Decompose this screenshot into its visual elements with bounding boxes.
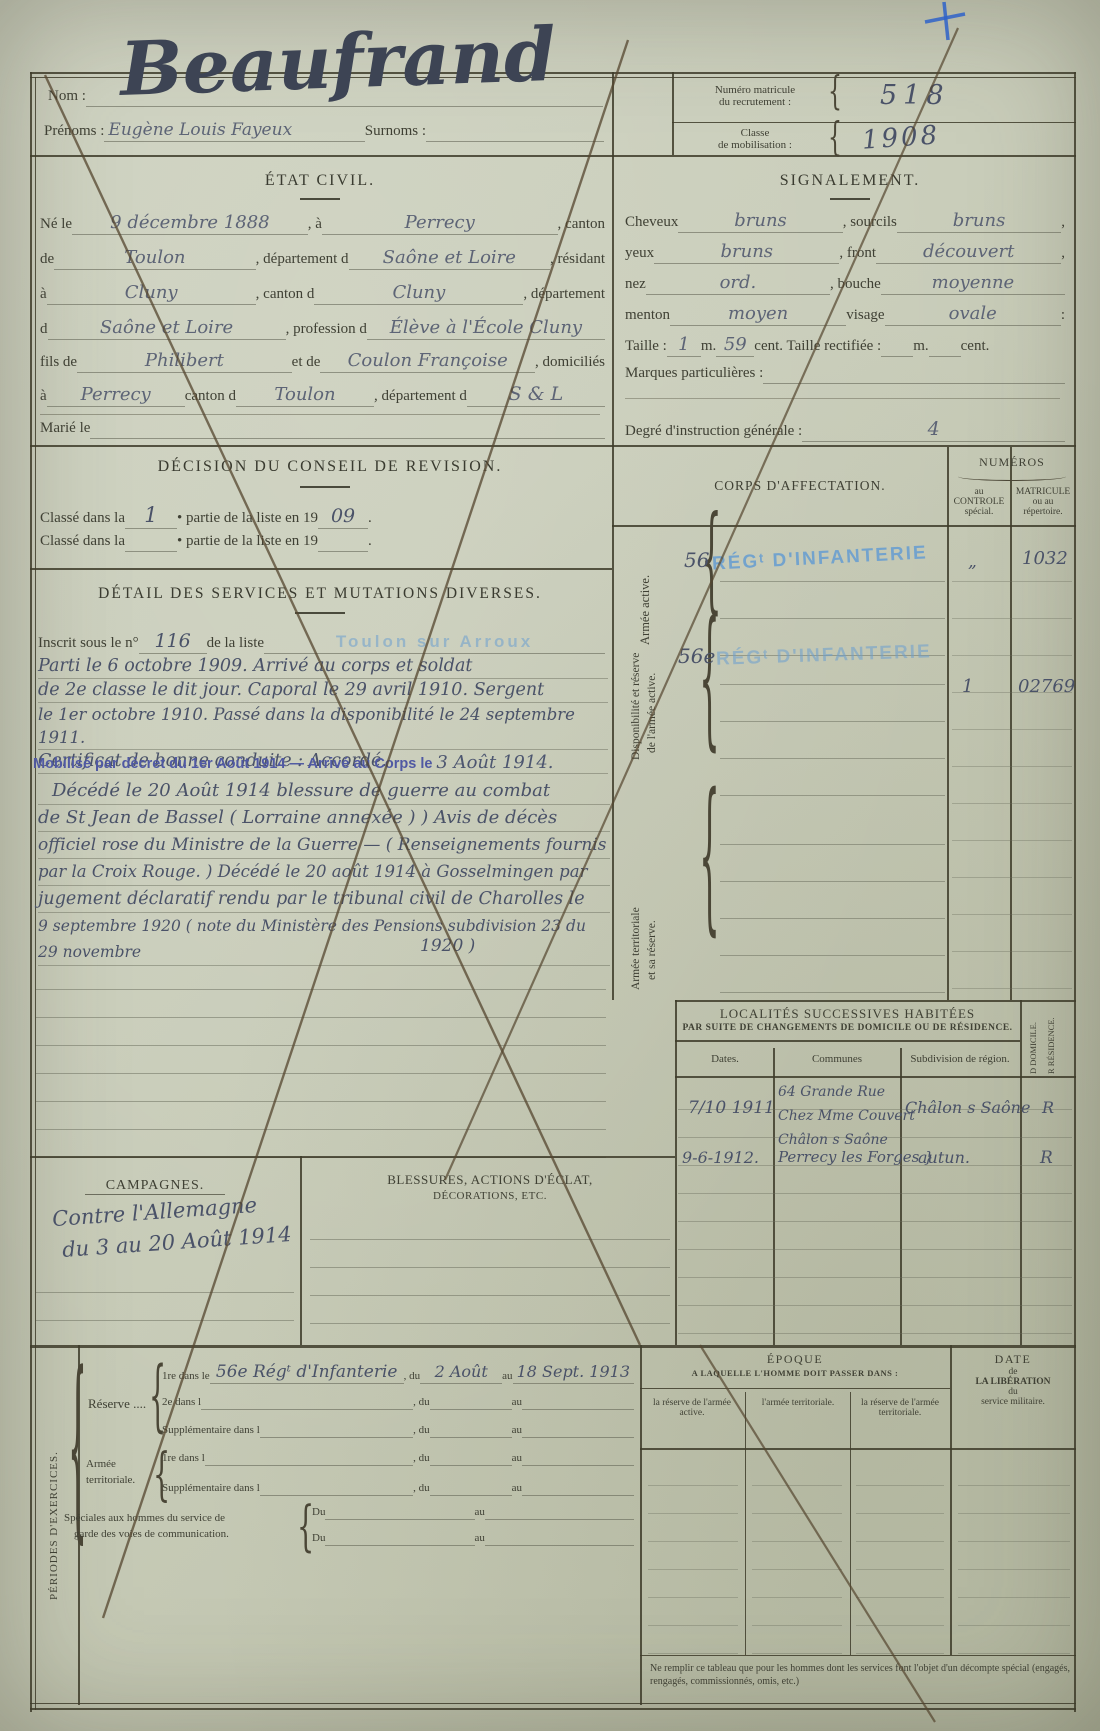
r2-au: au bbox=[512, 1396, 522, 1410]
date-liberation-header: DATE de LA LIBÉRATION du service militai… bbox=[953, 1352, 1073, 1407]
taille-m-line: 1 bbox=[667, 334, 701, 357]
t1-from-line bbox=[430, 1464, 512, 1466]
row1-commune-line1: 64 Grande Rue bbox=[778, 1080, 915, 1104]
yeux-value: bruns bbox=[720, 241, 773, 262]
matricule-col-header: MATRICULE ou au répertoire. bbox=[1012, 487, 1074, 517]
frame-left-rule bbox=[30, 72, 32, 1712]
epoque-note: Ne remplir ce tableau que pour les homme… bbox=[650, 1662, 1070, 1688]
matricule-label-2: du recrutement : bbox=[690, 96, 820, 108]
localites-col-residence: R RÉSIDENCE. bbox=[1046, 1002, 1056, 1074]
departement2-value: Saône et Loire bbox=[100, 317, 233, 338]
classe2-part-line bbox=[125, 550, 177, 552]
t2-to-line bbox=[522, 1494, 634, 1496]
localites-title-bottom-rule bbox=[675, 1040, 1020, 1042]
services-line-1: Parti le 6 octobre 1909. Arrivé au corps… bbox=[38, 655, 608, 679]
dot2: . bbox=[368, 533, 372, 552]
nez-value: ord. bbox=[720, 272, 757, 293]
localites-left-rule bbox=[675, 1000, 677, 1345]
epoque-col-2: l'armée territoriale. bbox=[748, 1398, 848, 1408]
menton-value: moyen bbox=[728, 303, 788, 324]
bouche-value: moyenne bbox=[932, 272, 1015, 293]
classe-label: Classe de mobilisation : bbox=[690, 127, 820, 151]
canton2-label: , canton d bbox=[256, 286, 315, 305]
territoriale-brace: { bbox=[699, 764, 720, 953]
departement3-label: , département d bbox=[374, 388, 467, 407]
r3-du: , du bbox=[413, 1424, 430, 1438]
canton-line: Toulon bbox=[54, 247, 255, 270]
parents-commune-line: Perrecy bbox=[47, 384, 185, 407]
marques-line bbox=[763, 382, 1065, 384]
deces-line-5: jugement déclaratif rendu par le tribuna… bbox=[38, 886, 610, 913]
m-label: m. bbox=[701, 338, 716, 357]
t1-corps-line bbox=[205, 1464, 413, 1466]
departement-label: , département d bbox=[256, 251, 349, 270]
sourcils-line: bruns bbox=[897, 210, 1061, 233]
localites-row1-date: 7/10 1911 bbox=[688, 1098, 775, 1118]
localites-row2-commune: Perrecy les Forges } bbox=[778, 1148, 934, 1166]
date-header-4: du bbox=[953, 1387, 1073, 1397]
menton-line: moyen bbox=[670, 303, 846, 326]
corps-col-controle-line bbox=[947, 447, 949, 1000]
surname-script: Beaufrand bbox=[119, 9, 642, 113]
localites-row2-subdivision: autun. bbox=[918, 1148, 970, 1167]
blank-line-sig bbox=[625, 398, 1060, 399]
s1-du: Du bbox=[312, 1506, 325, 1520]
localites-title-1: LOCALITÉS SUCCESSIVES HABITÉES bbox=[680, 1006, 1015, 1022]
bouche-line: moyenne bbox=[881, 272, 1065, 295]
canton3-value: Toulon bbox=[274, 384, 335, 405]
marie-le-label: Marié le bbox=[40, 420, 90, 439]
s2-from-line bbox=[325, 1544, 474, 1546]
classe-brace: { bbox=[828, 116, 842, 161]
r3-au: au bbox=[512, 1424, 522, 1438]
t2-corps-line bbox=[260, 1494, 413, 1496]
t1-to-line bbox=[522, 1464, 634, 1466]
signalement-dash bbox=[830, 198, 870, 200]
section-rule-etat-civil bbox=[30, 155, 1076, 157]
classe1-label: Classé dans la bbox=[40, 510, 125, 529]
inscrit-num-value: 116 bbox=[154, 630, 190, 652]
residence-line: Cluny bbox=[47, 282, 256, 305]
epoque-col-1: la réserve de l'armée active. bbox=[642, 1398, 742, 1418]
localites-row2-dr: R bbox=[1040, 1148, 1053, 1168]
main-column-divider bbox=[612, 72, 614, 1000]
s1-to-line bbox=[485, 1518, 634, 1520]
epoque-header-1: ÉPOQUE bbox=[645, 1352, 945, 1367]
classe2-label: Classé dans la bbox=[40, 533, 125, 552]
numeros-ruled bbox=[952, 545, 1072, 995]
taille-rect-cm-line bbox=[929, 355, 961, 357]
surnoms-line bbox=[426, 140, 604, 142]
taille-cm-value: 59 bbox=[724, 334, 747, 355]
dispo-label-2: de l'armée active. bbox=[646, 598, 658, 753]
active-regiment-number-hw: 56 bbox=[684, 548, 709, 572]
numeros-header: NUMÉROS bbox=[950, 455, 1074, 470]
localites-header-bottom-rule bbox=[675, 1076, 1076, 1078]
localites-title-2: PAR SUITE DE CHANGEMENTS DE DOMICILE OU … bbox=[680, 1023, 1015, 1033]
t2-au: au bbox=[512, 1482, 522, 1496]
epoque-header-2: A LAQUELLE L'HOMME DOIT PASSER DANS : bbox=[645, 1368, 945, 1378]
speciales-label-1: Spéciales aux hommes du service de bbox=[64, 1512, 225, 1524]
profession-label: , profession d bbox=[286, 321, 367, 340]
taille-cm-line: 59 bbox=[716, 334, 754, 357]
departement2-line: Saône et Loire bbox=[48, 317, 286, 340]
degre-label: Degré d'instruction générale : bbox=[625, 423, 802, 442]
a-label: , à bbox=[308, 216, 322, 235]
birthdate-value: 9 décembre 1888 bbox=[110, 212, 269, 233]
classe1-part-value: 1 bbox=[144, 503, 157, 527]
localites-row1-commune: 64 Grande Rue Chez Mme Couvert Châlon s … bbox=[778, 1080, 915, 1152]
parents-commune-value: Perrecy bbox=[81, 384, 151, 405]
a2-label: à bbox=[40, 286, 47, 305]
comma1: , bbox=[1061, 214, 1065, 233]
front-value: découvert bbox=[923, 241, 1014, 262]
epoque-col-3: la réserve de l'armée territoriale. bbox=[852, 1398, 948, 1418]
campagnes-ruled bbox=[36, 1265, 294, 1345]
mobilise-stamp-line: Mobilisé par décret du 1er Août 1914 — A… bbox=[33, 752, 608, 773]
r2-label: 2e dans l bbox=[162, 1396, 201, 1410]
classe2-liste-label: • partie de la liste en 19 bbox=[177, 533, 318, 552]
prenoms-line: Eugène Louis Fayeux bbox=[104, 120, 364, 142]
t1-du: , du bbox=[413, 1452, 430, 1466]
marie-line bbox=[90, 437, 605, 439]
localites-row2-date: 9-6-1912. bbox=[682, 1148, 759, 1167]
section-rule-services bbox=[30, 568, 612, 570]
classe2-year-line bbox=[318, 550, 368, 552]
corps-header-bottom-rule bbox=[612, 525, 1076, 527]
de-label: de bbox=[40, 251, 54, 270]
row1-commune-line2: Chez Mme Couvert bbox=[778, 1104, 915, 1128]
epoque-subheader-rule bbox=[640, 1448, 1076, 1450]
s2-du: Du bbox=[312, 1532, 325, 1546]
classe1-year-line: 09 bbox=[318, 505, 368, 529]
birthplace-line: Perrecy bbox=[322, 212, 558, 235]
r2-from-line bbox=[430, 1408, 512, 1410]
canton3-line: Toulon bbox=[236, 384, 374, 407]
r2-corps-line bbox=[201, 1408, 413, 1410]
matricule-label: Numéro matricule du recrutement : bbox=[690, 84, 820, 108]
birthplace-value: Perrecy bbox=[405, 212, 475, 233]
domicilies-label: , domiciliés bbox=[535, 354, 605, 373]
et-de-label: et de bbox=[292, 354, 321, 373]
signalement-title: SIGNALEMENT. bbox=[740, 172, 960, 190]
etat-civil-title: ÉTAT CIVIL. bbox=[200, 172, 440, 190]
classe1-year-value: 09 bbox=[331, 505, 355, 527]
residence-value: Cluny bbox=[125, 282, 178, 303]
campagnes-top-rule bbox=[30, 1156, 675, 1158]
liste-line: Toulon sur Arroux bbox=[264, 632, 605, 654]
classe-label-1: Classe bbox=[690, 127, 820, 139]
epoque-col3-ruled bbox=[856, 1458, 944, 1654]
sourcils-value: bruns bbox=[953, 210, 1006, 231]
liste-label: de la liste bbox=[207, 635, 264, 654]
r2-du: , du bbox=[413, 1396, 430, 1410]
date-header-2: de bbox=[953, 1367, 1073, 1377]
matricule-brace: { bbox=[828, 70, 842, 115]
r1-from-line: 2 Août bbox=[420, 1362, 502, 1384]
prenoms-value: Eugène Louis Fayeux bbox=[108, 120, 292, 140]
localites-col-communes: Communes bbox=[776, 1053, 898, 1065]
departement-line: Saône et Loire bbox=[349, 247, 550, 270]
yeux-line: bruns bbox=[654, 241, 839, 264]
father-value: Philibert bbox=[145, 350, 224, 371]
visage-line: ovale bbox=[885, 303, 1061, 326]
dot1: . bbox=[368, 510, 372, 529]
r3-to-line bbox=[522, 1436, 634, 1438]
decision-title: DÉCISION DU CONSEIL DE REVISION. bbox=[120, 458, 540, 476]
departement3-value: S & L bbox=[509, 383, 564, 405]
t2-from-line bbox=[430, 1494, 512, 1496]
nom-label: Nom : bbox=[48, 88, 86, 107]
blessures-title-1: BLESSURES, ACTIONS D'ÉCLAT, bbox=[310, 1172, 670, 1188]
territoriale-ruled bbox=[720, 808, 945, 994]
localites-col-subdivision: Subdivision de région. bbox=[902, 1053, 1018, 1065]
r2-to-line bbox=[522, 1408, 634, 1410]
corps-affectation-header: CORPS D'AFFECTATION. bbox=[660, 478, 940, 494]
marques-label: Marques particulières : bbox=[625, 365, 763, 384]
frame-bottom-rule-1 bbox=[30, 1708, 1076, 1710]
dispo-brace: { bbox=[699, 594, 720, 766]
profession-line: Élève à l'École Cluny bbox=[367, 317, 605, 340]
departement2-label: , département bbox=[523, 286, 605, 305]
a3-label: à bbox=[40, 388, 47, 407]
inscrit-num-line: 116 bbox=[139, 630, 207, 654]
cheveux-label: Cheveux bbox=[625, 214, 678, 233]
deces-line-7: 1920 ) bbox=[420, 936, 475, 956]
toulon-sur-arroux-stamp: Toulon sur Arroux bbox=[336, 632, 533, 651]
section-rule-decision bbox=[30, 445, 1076, 447]
cheveux-value: bruns bbox=[734, 210, 787, 231]
dispo-ruled bbox=[720, 648, 945, 798]
taille-label: Taille : bbox=[625, 338, 667, 357]
territoriale-bottom-label-2: territoriale. bbox=[86, 1474, 135, 1486]
cent-label: cent. bbox=[961, 338, 990, 357]
campagnes-title: CAMPAGNES. bbox=[85, 1178, 225, 1195]
territoriale-label-1: Armée territoriale bbox=[630, 790, 642, 990]
localites-col-dates: Dates. bbox=[678, 1053, 772, 1065]
etat-civil-dash bbox=[300, 198, 340, 200]
localites-row1-subdivision: Châlon s Saône bbox=[905, 1098, 1030, 1117]
r3-from-line bbox=[430, 1436, 512, 1438]
taille-rectifiee-label: cent. Taille rectifiée : bbox=[754, 338, 881, 357]
matricule-label-1: Numéro matricule bbox=[690, 84, 820, 96]
services-line-2: de 2e classe le dit jour. Caporal le 29 … bbox=[38, 679, 608, 703]
blue-cross-horizontal bbox=[925, 14, 965, 22]
r1-to-line: 18 Sept. 1913 bbox=[513, 1362, 634, 1384]
blessures-ruled bbox=[310, 1212, 670, 1345]
mobilise-date-hw: 3 Août 1914. bbox=[436, 752, 553, 773]
t1-au: au bbox=[512, 1452, 522, 1466]
surnoms-label: Surnoms : bbox=[365, 123, 426, 142]
deces-line-4: par la Croix Rouge. ) Décédé le 20 août … bbox=[38, 859, 610, 886]
s1-from-line bbox=[325, 1518, 474, 1520]
departement-value: Saône et Loire bbox=[383, 247, 516, 268]
t2-du: , du bbox=[413, 1482, 430, 1496]
ne-le-label: Né le bbox=[40, 216, 72, 235]
s2-au: au bbox=[475, 1532, 485, 1546]
reserve-label: Réserve .... bbox=[88, 1396, 146, 1412]
r1-du: , du bbox=[404, 1370, 421, 1384]
header-box-divider bbox=[672, 72, 674, 155]
fils-de-label: fils de bbox=[40, 354, 77, 373]
profession-value: Élève à l'École Cluny bbox=[390, 317, 582, 338]
classe-label-2: de mobilisation : bbox=[690, 139, 820, 151]
decision-dash bbox=[300, 486, 350, 488]
canton-value: Toulon bbox=[124, 247, 185, 268]
numeros-squiggle bbox=[958, 472, 1066, 481]
visage-value: ovale bbox=[949, 303, 997, 324]
date-col-ruled bbox=[958, 1458, 1070, 1654]
deces-line-3: officiel rose du Ministre de la Guerre —… bbox=[38, 832, 610, 859]
matricule-classe-divider bbox=[672, 122, 1076, 123]
campagnes-entry-1: Contre l'Allemagne bbox=[51, 1193, 257, 1231]
mother-line: Coulon Françoise bbox=[320, 350, 535, 373]
military-record-sheet: Beaufrand Nom : Prénoms : Eugène Louis F… bbox=[0, 0, 1100, 1731]
classe-value: 1908 bbox=[861, 120, 941, 155]
front-line: découvert bbox=[876, 241, 1061, 264]
services-line-3: le 1er octobre 1910. Passé dans la dispo… bbox=[38, 703, 608, 750]
epoque-col1-rule bbox=[745, 1392, 746, 1655]
canton-label: , canton bbox=[558, 216, 605, 235]
degre-line: 4 bbox=[802, 418, 1065, 442]
classe1-part-line: 1 bbox=[125, 503, 177, 529]
residant-label: , résidant bbox=[550, 251, 605, 270]
services-para2: Décédé le 20 Août 1914 blessure de guerr… bbox=[38, 778, 610, 966]
canton3-label: canton d bbox=[185, 388, 236, 407]
dispo-label-1: Disponibilité et réserve bbox=[630, 590, 642, 760]
frame-bottom-rule-2 bbox=[30, 1703, 1076, 1704]
services-blank-ruled-area bbox=[36, 962, 606, 1158]
periodes-side-label: PÉRIODES D'EXERCICES. bbox=[48, 1380, 60, 1600]
epoque-col1-ruled bbox=[648, 1458, 738, 1654]
taille-rect-m-line bbox=[881, 355, 913, 357]
frame-left-rule-2 bbox=[35, 77, 36, 1710]
m2-label: m. bbox=[913, 338, 928, 357]
d-label: d bbox=[40, 321, 48, 340]
classe1-liste-label: • partie de la liste en 19 bbox=[177, 510, 318, 529]
localites-row1-dr: R bbox=[1042, 1098, 1054, 1117]
localites-col-domicile: D DOMICILE. bbox=[1028, 1002, 1038, 1074]
r1-corps-value: 56e Régᵗ d'Infanterie bbox=[216, 1362, 398, 1382]
matricule-value: 518 bbox=[880, 80, 950, 111]
nez-label: nez bbox=[625, 276, 646, 295]
menton-label: menton bbox=[625, 307, 670, 326]
deces-line-6: 9 septembre 1920 ( note du Ministère des… bbox=[38, 913, 610, 966]
r3-corps-line bbox=[260, 1436, 413, 1438]
note-top-rule bbox=[640, 1655, 1076, 1656]
services-title: DÉTAIL DES SERVICES ET MUTATIONS DIVERSE… bbox=[80, 585, 560, 603]
father-line: Philibert bbox=[77, 350, 292, 373]
mother-value: Coulon Françoise bbox=[348, 350, 508, 371]
epoque-col2-rule bbox=[850, 1392, 851, 1655]
date-col-rule bbox=[950, 1345, 952, 1655]
r1-label: 1re dans le bbox=[162, 1370, 210, 1384]
epoque-col2-ruled bbox=[752, 1458, 842, 1654]
sourcils-label: , sourcils bbox=[843, 214, 897, 233]
localites-top-rule bbox=[675, 1000, 1076, 1002]
r1-au: au bbox=[502, 1370, 512, 1384]
taille-m-value: 1 bbox=[678, 334, 689, 355]
bouche-label: , bouche bbox=[830, 276, 881, 295]
comma2: , bbox=[1061, 245, 1065, 264]
r1-to-value: 18 Sept. 1913 bbox=[517, 1362, 630, 1381]
yeux-label: yeux bbox=[625, 245, 654, 264]
mobilise-stamp: Mobilisé par décret du 1er Août 1914 — A… bbox=[33, 756, 432, 772]
departement3-line: S & L bbox=[467, 383, 605, 407]
speciales-label-2: garde des voies de communication. bbox=[74, 1528, 229, 1540]
canton2-line: Cluny bbox=[314, 282, 523, 305]
cheveux-line: bruns bbox=[678, 210, 842, 233]
prenoms-label: Prénoms : bbox=[44, 123, 104, 142]
canton2-value: Cluny bbox=[392, 282, 445, 303]
visage-label: visage bbox=[846, 307, 884, 326]
blessures-title-2: DÉCORATIONS, ETC. bbox=[310, 1190, 670, 1202]
s1-au: au bbox=[475, 1506, 485, 1520]
blue-cross-vertical bbox=[944, 2, 948, 40]
frame-right-rule bbox=[1074, 72, 1076, 1712]
active-ruled bbox=[720, 545, 945, 657]
colon1: : bbox=[1061, 307, 1065, 326]
campagnes-blessures-divider bbox=[300, 1156, 302, 1345]
date-header-3: LA LIBÉRATION bbox=[953, 1377, 1073, 1387]
deces-line-2: de St Jean de Bassel ( Lorraine annexée … bbox=[38, 805, 610, 832]
services-dash bbox=[295, 612, 345, 614]
dispo-regiment-number-hw: 56e bbox=[678, 644, 715, 668]
nez-line: ord. bbox=[646, 272, 830, 295]
r1-corps-line: 56e Régᵗ d'Infanterie bbox=[210, 1362, 404, 1384]
bottom-section-rule bbox=[30, 1345, 1076, 1348]
t1-label: 1re dans l bbox=[162, 1452, 205, 1466]
date-header-5: service militaire. bbox=[953, 1397, 1073, 1407]
territoriale-bottom-label-1: Armée bbox=[86, 1458, 116, 1470]
deces-line-1: Décédé le 20 Août 1914 blessure de guerr… bbox=[38, 778, 610, 805]
degre-value: 4 bbox=[928, 418, 940, 440]
r3-label: Supplémentaire dans l bbox=[162, 1424, 260, 1438]
date-header-1: DATE bbox=[953, 1352, 1073, 1367]
birthdate-line: 9 décembre 1888 bbox=[72, 212, 308, 235]
t2-label: Supplémentaire dans l bbox=[162, 1482, 260, 1496]
front-label: , front bbox=[839, 245, 876, 264]
blank-line bbox=[40, 414, 600, 415]
inscrit-label: Inscrit sous le n° bbox=[38, 635, 139, 654]
controle-col-header: au CONTROLE spécial. bbox=[949, 487, 1009, 517]
epoque-header-rule bbox=[640, 1388, 950, 1389]
r1-from-value: 2 Août bbox=[435, 1362, 488, 1381]
s2-to-line bbox=[485, 1544, 634, 1546]
territoriale-label-2: et sa réserve. bbox=[646, 800, 658, 980]
